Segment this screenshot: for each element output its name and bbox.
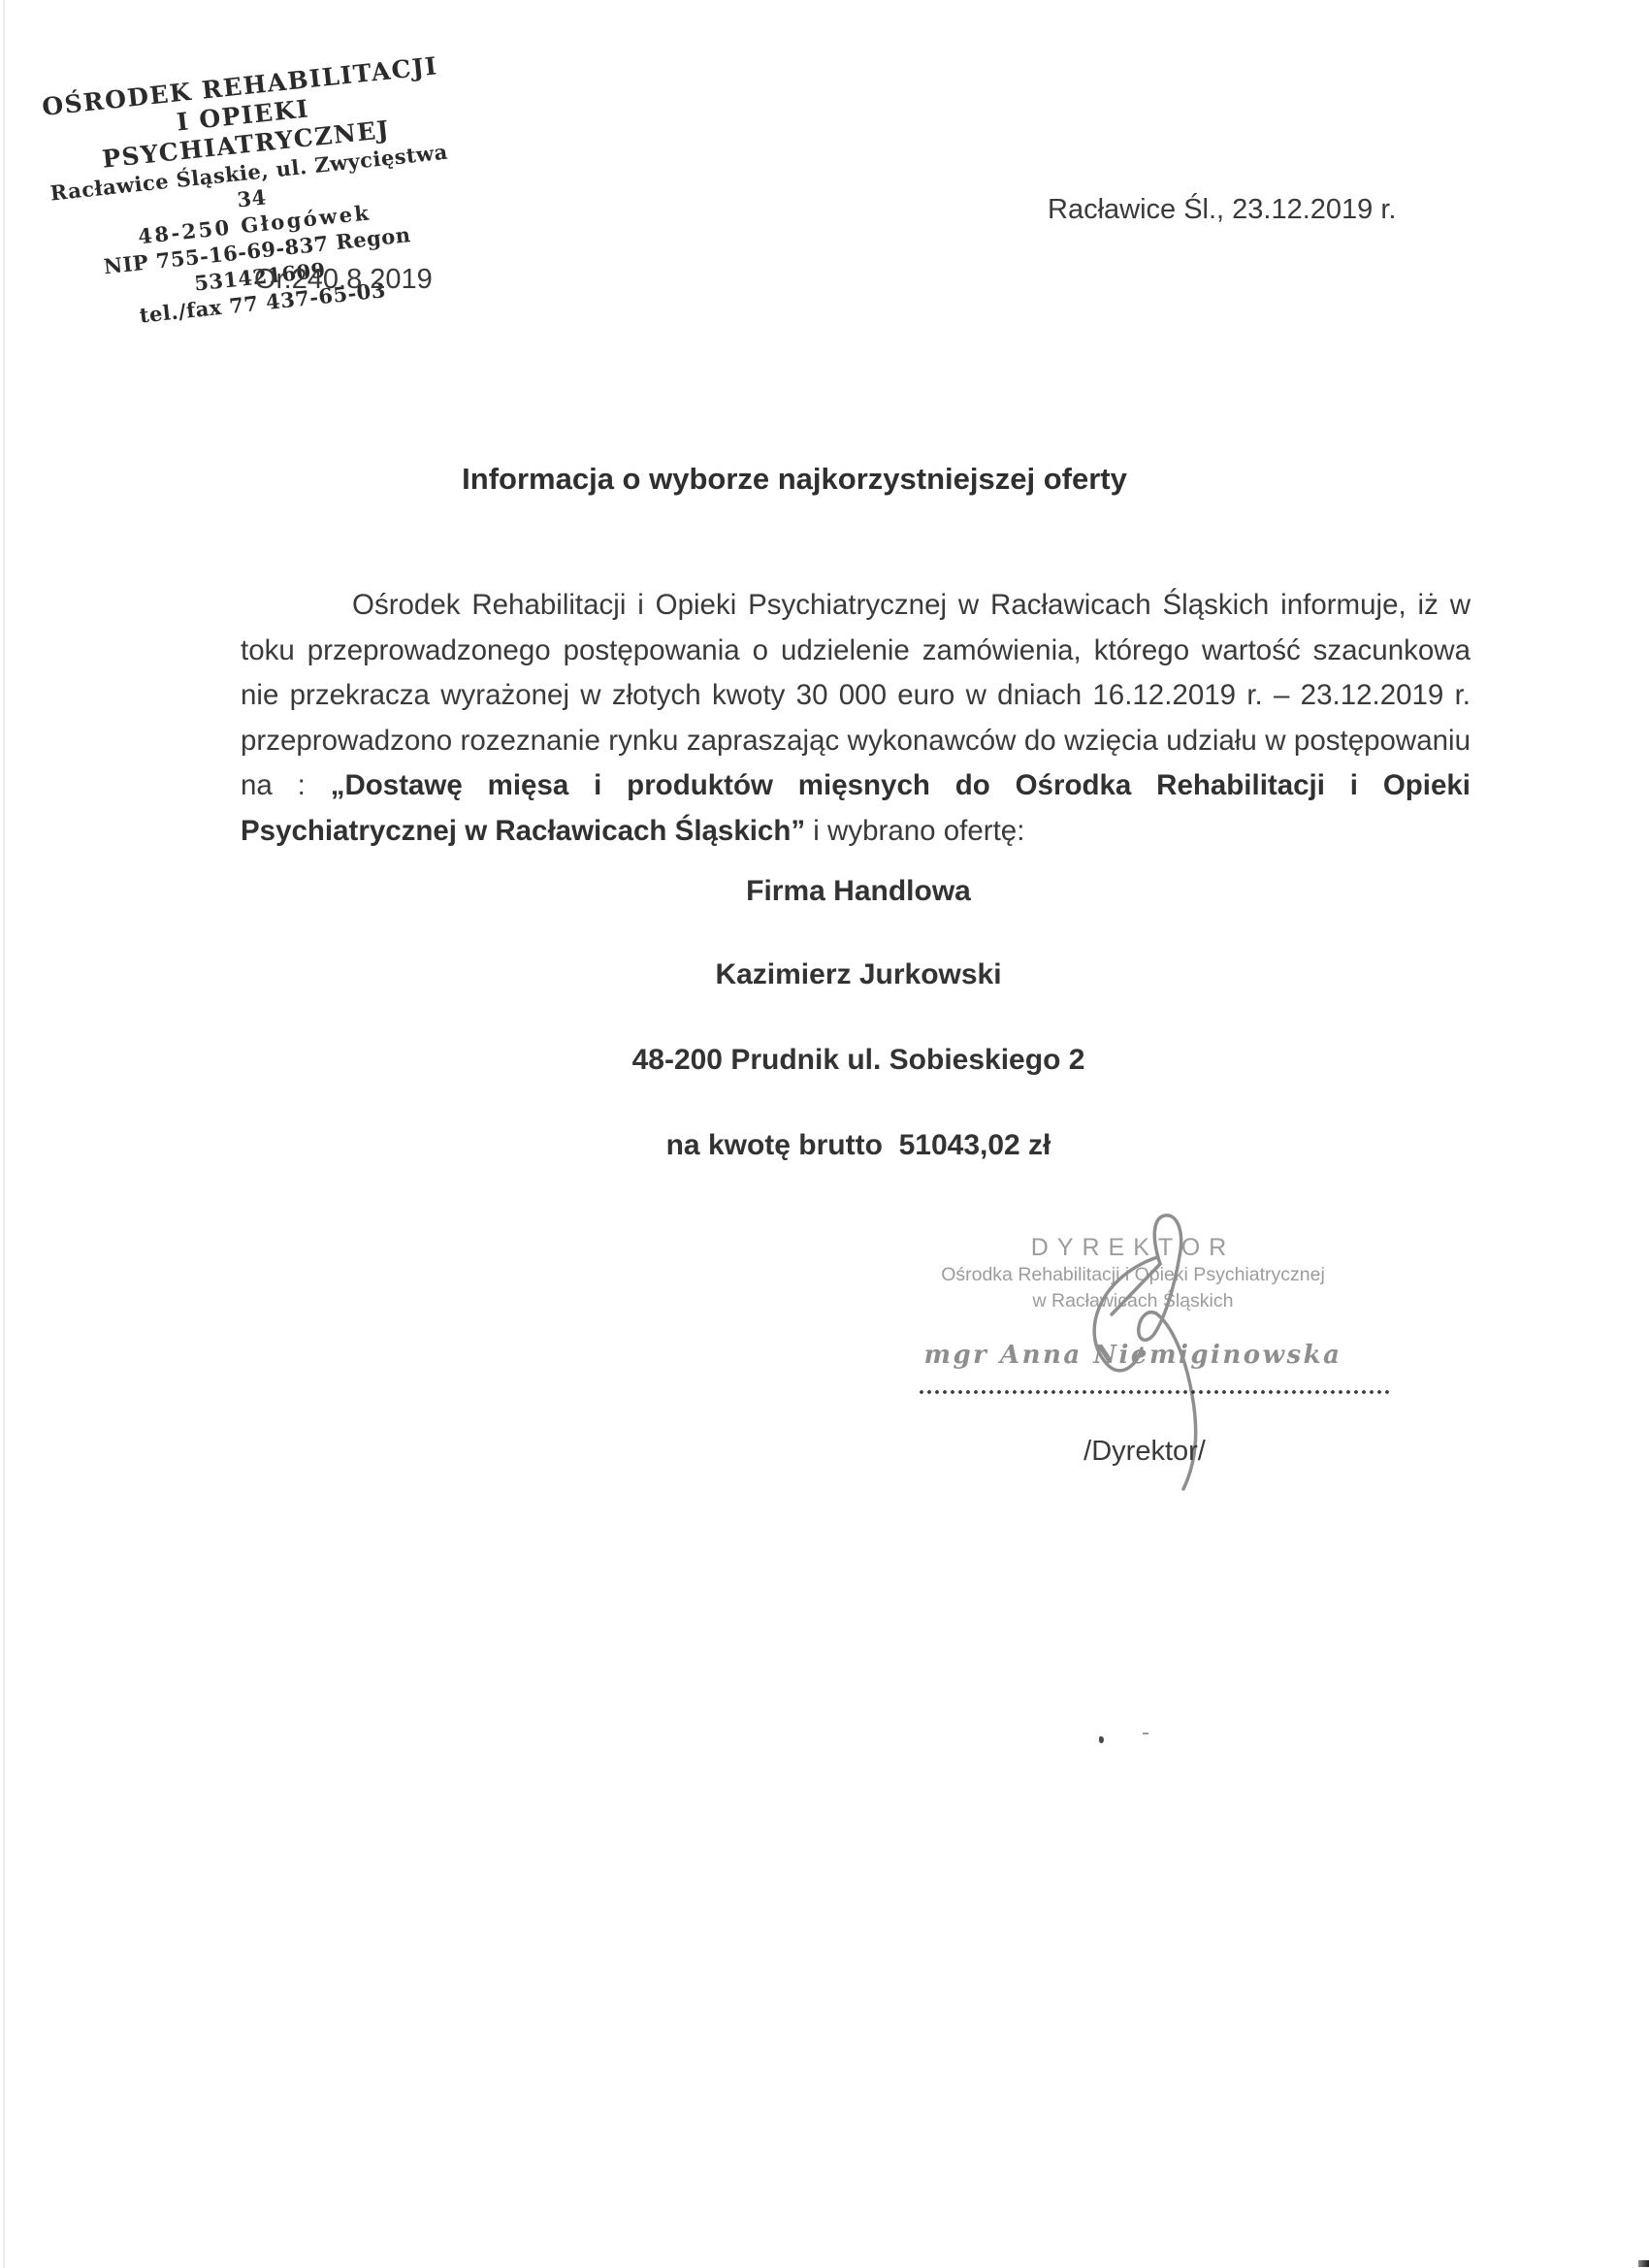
scan-edge-artifact	[3, 0, 5, 2268]
scan-corner-artifact	[1638, 2260, 1649, 2267]
scan-speck	[1099, 1736, 1104, 1743]
scanned-letter-page: OŚRODEK REHABILITACJI I OPIEKI PSYCHIATR…	[0, 0, 1649, 2268]
signature-dotted-line	[918, 1389, 1391, 1395]
reference-number: Or.240.8.2019	[254, 264, 433, 296]
offer-company: Firma Handlowa	[241, 875, 1476, 908]
body-paragraph: Ośrodek Rehabilitacji i Opieki Psychiatr…	[241, 583, 1471, 854]
body-outro: i wybrano ofertę:	[805, 815, 1024, 847]
signature-caption: /Dyrektor/	[902, 1436, 1387, 1468]
offer-address: 48-200 Prudnik ul. Sobieskiego 2	[241, 1044, 1476, 1077]
dateline: Racławice Śl., 23.12.2019 r.	[1048, 194, 1396, 226]
scan-speck	[1143, 1733, 1148, 1734]
offer-amount: na kwotę brutto 51043,02 zł	[241, 1129, 1476, 1162]
document-title: Informacja o wyborze najkorzystniejszej …	[241, 462, 1348, 497]
offer-owner: Kazimierz Jurkowski	[241, 958, 1476, 991]
